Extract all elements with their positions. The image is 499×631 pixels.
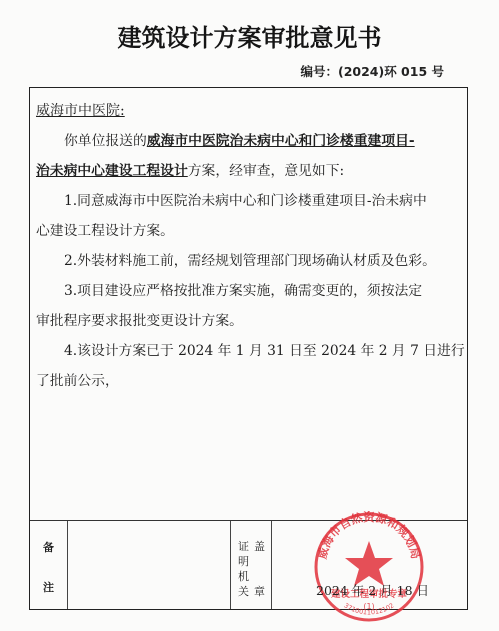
- opinion-4-line-1: 4.该设计方案已于 2024 年 1 月 31 日至 2024 年 2 月 7 …: [36, 336, 459, 366]
- opinion-1-line-1: 1.同意威海市中医院治未病中心和门诊楼重建项目-治未病中: [36, 186, 459, 216]
- remarks-value-cell: [68, 521, 231, 609]
- seal-cell: 威海市自然资源和规划局 建设工程审批专章 (1) 3710011012102 2…: [272, 521, 467, 609]
- remarks-label-bottom: 注: [30, 579, 67, 595]
- approval-date: 2024 年 2 月 18 日: [316, 581, 429, 599]
- authority-label: 证 明 机 关: [238, 539, 250, 599]
- intro-line-1: 你单位报送的威海市中医院治未病中心和门诊楼重建项目-: [36, 126, 459, 156]
- opinion-4-line-2: 了批前公示，: [36, 366, 459, 396]
- addressee: 威海市中医院:: [36, 96, 459, 126]
- document-number: 编号：(2024)环 015 号: [300, 62, 444, 80]
- document-title: 建筑设计方案审批意见书: [0, 18, 499, 53]
- seal-label: 盖 章: [254, 539, 266, 599]
- approval-form: 威海市中医院: 你单位报送的威海市中医院治未病中心和门诊楼重建项目- 治未病中心…: [29, 87, 468, 610]
- authority-label-cell: 证 明 机 关 盖 章: [231, 521, 272, 609]
- intro-suffix: 方案，经审查，意见如下:: [188, 163, 344, 179]
- opinion-3-line-1: 3.项目建设应严格按批准方案实施，确需变更的，须按法定: [36, 276, 459, 306]
- intro-prefix: 你单位报送的: [64, 133, 147, 149]
- intro-line-2: 治未病中心建设工程设计方案，经审查，意见如下:: [36, 156, 459, 186]
- official-seal-icon: 威海市自然资源和规划局 建设工程审批专章 (1) 3710011012102: [313, 511, 425, 623]
- opinion-3-line-2: 审批程序要求报批变更设计方案。: [36, 306, 459, 336]
- opinion-body: 威海市中医院: 你单位报送的威海市中医院治未病中心和门诊楼重建项目- 治未病中心…: [30, 88, 467, 521]
- opinion-1-line-2: 心建设工程设计方案。: [36, 216, 459, 246]
- project-name-1: 威海市中医院治未病中心和门诊楼重建项目-: [147, 133, 415, 149]
- opinion-2-line-1: 2.外装材料施工前，需经规划管理部门现场确认材质及色彩。: [36, 246, 459, 276]
- remarks-label-top: 备: [30, 539, 67, 555]
- footer-table: 备 注 证 明 机 关 盖 章: [30, 521, 467, 609]
- remarks-label-cell: 备 注: [30, 521, 68, 609]
- project-name-2: 治未病中心建设工程设计: [36, 163, 188, 179]
